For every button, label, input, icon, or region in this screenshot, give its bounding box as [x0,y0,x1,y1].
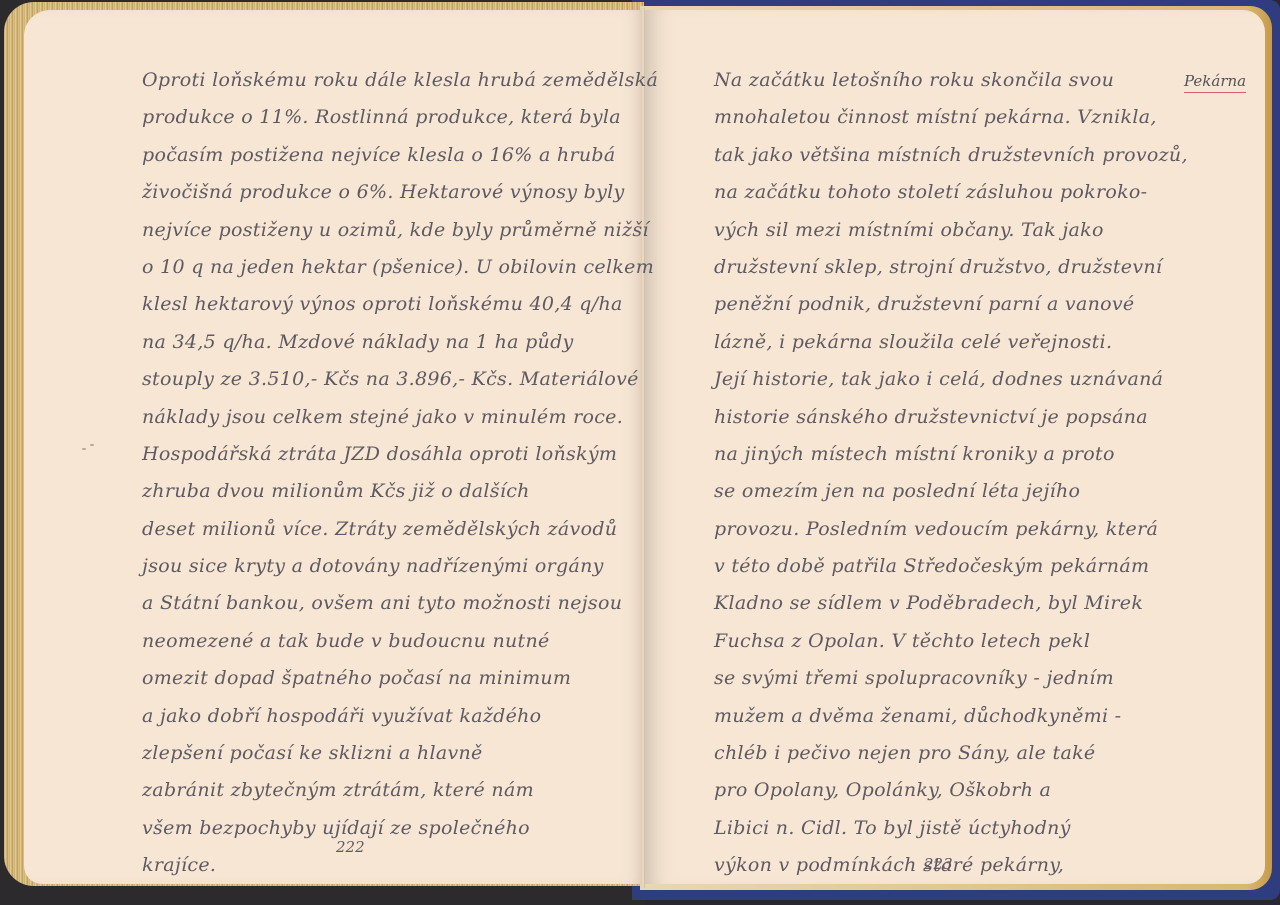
text-line: tak jako většina místních družstevních p… [714,137,1184,174]
margin-note-heading: Pekárna [1184,72,1246,93]
text-line: pro Opolany, Opolánky, Oškobrh a [714,772,1184,809]
text-line: všem bezpochyby ujídají ze společného [142,810,637,847]
text-line: se omezím jen na poslední léta jejího [714,473,1184,510]
page-number-right: 223 [924,855,953,873]
text-line: náklady jsou celkem stejné jako v minulé… [142,399,637,436]
text-line: a Státní bankou, ovšem ani tyto možnosti… [142,585,637,622]
text-line: Její historie, tak jako i celá, dodnes u… [714,361,1184,398]
text-line: peněžní podnik, družstevní parní a vanov… [714,286,1184,323]
text-line: a jako dobří hospodáři využívat každého [142,698,637,735]
text-line: provozu. Posledním vedoucím pekárny, kte… [714,511,1184,548]
text-line: na 34,5 q/ha. Mzdové náklady na 1 ha půd… [142,324,637,361]
text-line: deset milionů více. Ztráty zemědělských … [142,511,637,548]
text-line: mužem a dvěma ženami, důchodkyněmi - [714,698,1184,735]
text-line: zhruba dvou milionům Kčs již o dalších [142,473,637,510]
text-line: neomezené a tak bude v budoucnu nutné [142,623,637,660]
left-page-text: Oproti loňskému roku dále klesla hrubá z… [142,62,637,885]
text-line: nejvíce postiženy u ozimů, kde byly prům… [142,212,637,249]
book-gutter [641,8,645,888]
text-line: zabránit zbytečným ztrátám, které nám [142,772,637,809]
text-line: Fuchsa z Opolan. V těchto letech pekl [714,623,1184,660]
text-line: počasím postižena nejvíce klesla o 16% a… [142,137,637,174]
text-line: omezit dopad špatného počasí na minimum [142,660,637,697]
paper-speck [82,448,86,450]
text-line: se svými třemi spolupracovníky - jedním [714,660,1184,697]
text-line: lázně, i pekárna sloužila celé veřejnost… [714,324,1184,361]
text-line: Hospodářská ztráta JZD dosáhla oproti lo… [142,436,637,473]
text-line: živočišná produkce o 6%. Hektarové výnos… [142,174,637,211]
text-line: družstevní sklep, strojní družstvo, druž… [714,249,1184,286]
text-line: jsou sice kryty a dotovány nadřízenými o… [142,548,637,585]
text-line: na jiných místech místní kroniky a proto [714,436,1184,473]
text-line: mnohaletou činnost místní pekárna. Vznik… [714,99,1184,136]
text-line: na začátku tohoto století zásluhou pokro… [714,174,1184,211]
text-line: klesl hektarový výnos oproti loňskému 40… [142,286,637,323]
text-line: historie sánského družstevnictví je pops… [714,399,1184,436]
text-line: vých sil mezi místními občany. Tak jako [714,212,1184,249]
page-number-left: 222 [336,838,365,856]
text-line: Kladno se sídlem v Poděbradech, byl Mire… [714,585,1184,622]
text-line: Na začátku letošního roku skončila svou [714,62,1184,99]
text-line: stouply ze 3.510,- Kčs na 3.896,- Kčs. M… [142,361,637,398]
text-line: chléb i pečivo nejen pro Sány, ale také [714,735,1184,772]
text-line: produkce o 11%. Rostlinná produkce, kter… [142,99,637,136]
text-line: v této době patřila Středočeským pekárná… [714,548,1184,585]
text-line: o 10 q na jeden hektar (pšenice). U obil… [142,249,637,286]
text-line: Libici n. Cidl. To byl jistě úctyhodný [714,810,1184,847]
text-line: krajíce. [142,847,637,884]
text-line: zlepšení počasí ke sklizni a hlavně [142,735,637,772]
paper-speck [90,444,94,446]
text-line: Oproti loňskému roku dále klesla hrubá z… [142,62,637,99]
right-page-text: Na začátku letošního roku skončila svou … [714,62,1184,885]
